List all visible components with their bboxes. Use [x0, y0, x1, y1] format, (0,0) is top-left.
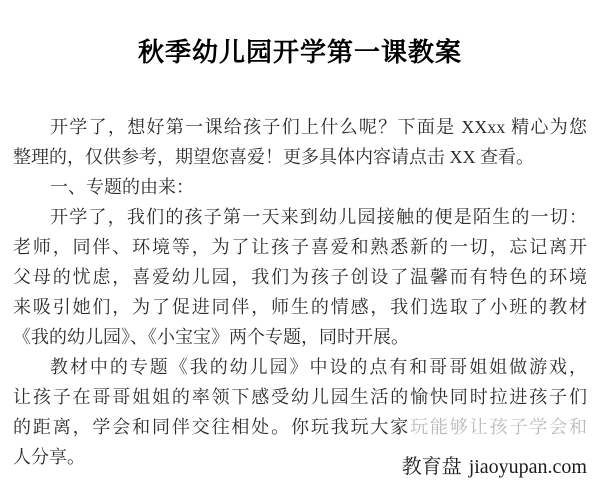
- text-segment: 老师，同伴、环境等，为了让孩子喜爱和熟悉新的一切，忘记离开: [13, 237, 587, 257]
- text-segment: 教材中的专题《我的幼儿园》中设的点有和哥哥姐姐做游戏，: [50, 357, 587, 377]
- text-segment: 《我的幼儿园》、《小宝宝》两个专题，同时开展。: [13, 327, 409, 347]
- text-line: 父母的忧虑，喜爱幼儿园，我们为孩子创设了温馨而有特色的环境: [13, 262, 587, 292]
- text-line: 整理的，仅供参考，期望您喜爱！更多具体内容请点击 XX 查看。: [13, 142, 587, 172]
- text-segment: 的距离，学会和同伴交往相处。你玩我玩大家: [13, 417, 410, 437]
- document-title: 秋季幼儿园开学第一课教案: [13, 36, 587, 70]
- text-segment: 开学了，我们的孩子第一天来到幼儿园接触的便是陌生的一切：: [50, 207, 587, 227]
- watermark-domain: jiaoyupan.com: [469, 456, 587, 478]
- text-segment: 整理的，仅供参考，期望您喜爱！更多具体内容请点击 XX 查看。: [13, 147, 534, 167]
- text-line: 让孩子在哥哥姐姐的率领下感受幼儿园生活的愉快同时拉进孩子们: [13, 382, 587, 412]
- text-segment: 来吸引她们，为了促进同伴，师生的情感，我们选取了小班的教材: [13, 297, 587, 317]
- text-line: 老师，同伴、环境等，为了让孩子喜爱和熟悉新的一切，忘记离开: [13, 232, 587, 262]
- watermark: 教育盘jiaoyupan.com: [402, 455, 587, 479]
- text-segment: 开学了，想好第一课给孩子们上什么呢？下面是 XXxx 精心为您: [50, 117, 587, 137]
- text-line: 一、专题的由来：: [13, 172, 587, 202]
- text-line: 来吸引她们，为了促进同伴，师生的情感，我们选取了小班的教材: [13, 292, 587, 322]
- text-segment: 让孩子在哥哥姐姐的率领下感受幼儿园生活的愉快同时拉进孩子们: [13, 387, 587, 407]
- text-segment: 一、专题的由来：: [50, 177, 194, 197]
- text-segment: 人分享。: [13, 447, 85, 467]
- text-line: 《我的幼儿园》、《小宝宝》两个专题，同时开展。: [13, 322, 587, 352]
- faded-text-segment: 玩能够让孩子学会和: [410, 417, 587, 437]
- watermark-site-name: 教育盘: [402, 456, 462, 478]
- text-line: 开学了，想好第一课给孩子们上什么呢？下面是 XXxx 精心为您: [13, 112, 587, 142]
- document-body: 开学了，想好第一课给孩子们上什么呢？下面是 XXxx 精心为您整理的，仅供参考，…: [13, 112, 587, 472]
- text-line: 的距离，学会和同伴交往相处。你玩我玩大家玩能够让孩子学会和: [13, 412, 587, 442]
- text-line: 教材中的专题《我的幼儿园》中设的点有和哥哥姐姐做游戏，: [13, 352, 587, 382]
- document-page: 秋季幼儿园开学第一课教案 开学了，想好第一课给孩子们上什么呢？下面是 XXxx …: [0, 0, 600, 485]
- text-line: 开学了，我们的孩子第一天来到幼儿园接触的便是陌生的一切：: [13, 202, 587, 232]
- text-segment: 父母的忧虑，喜爱幼儿园，我们为孩子创设了温馨而有特色的环境: [13, 267, 587, 287]
